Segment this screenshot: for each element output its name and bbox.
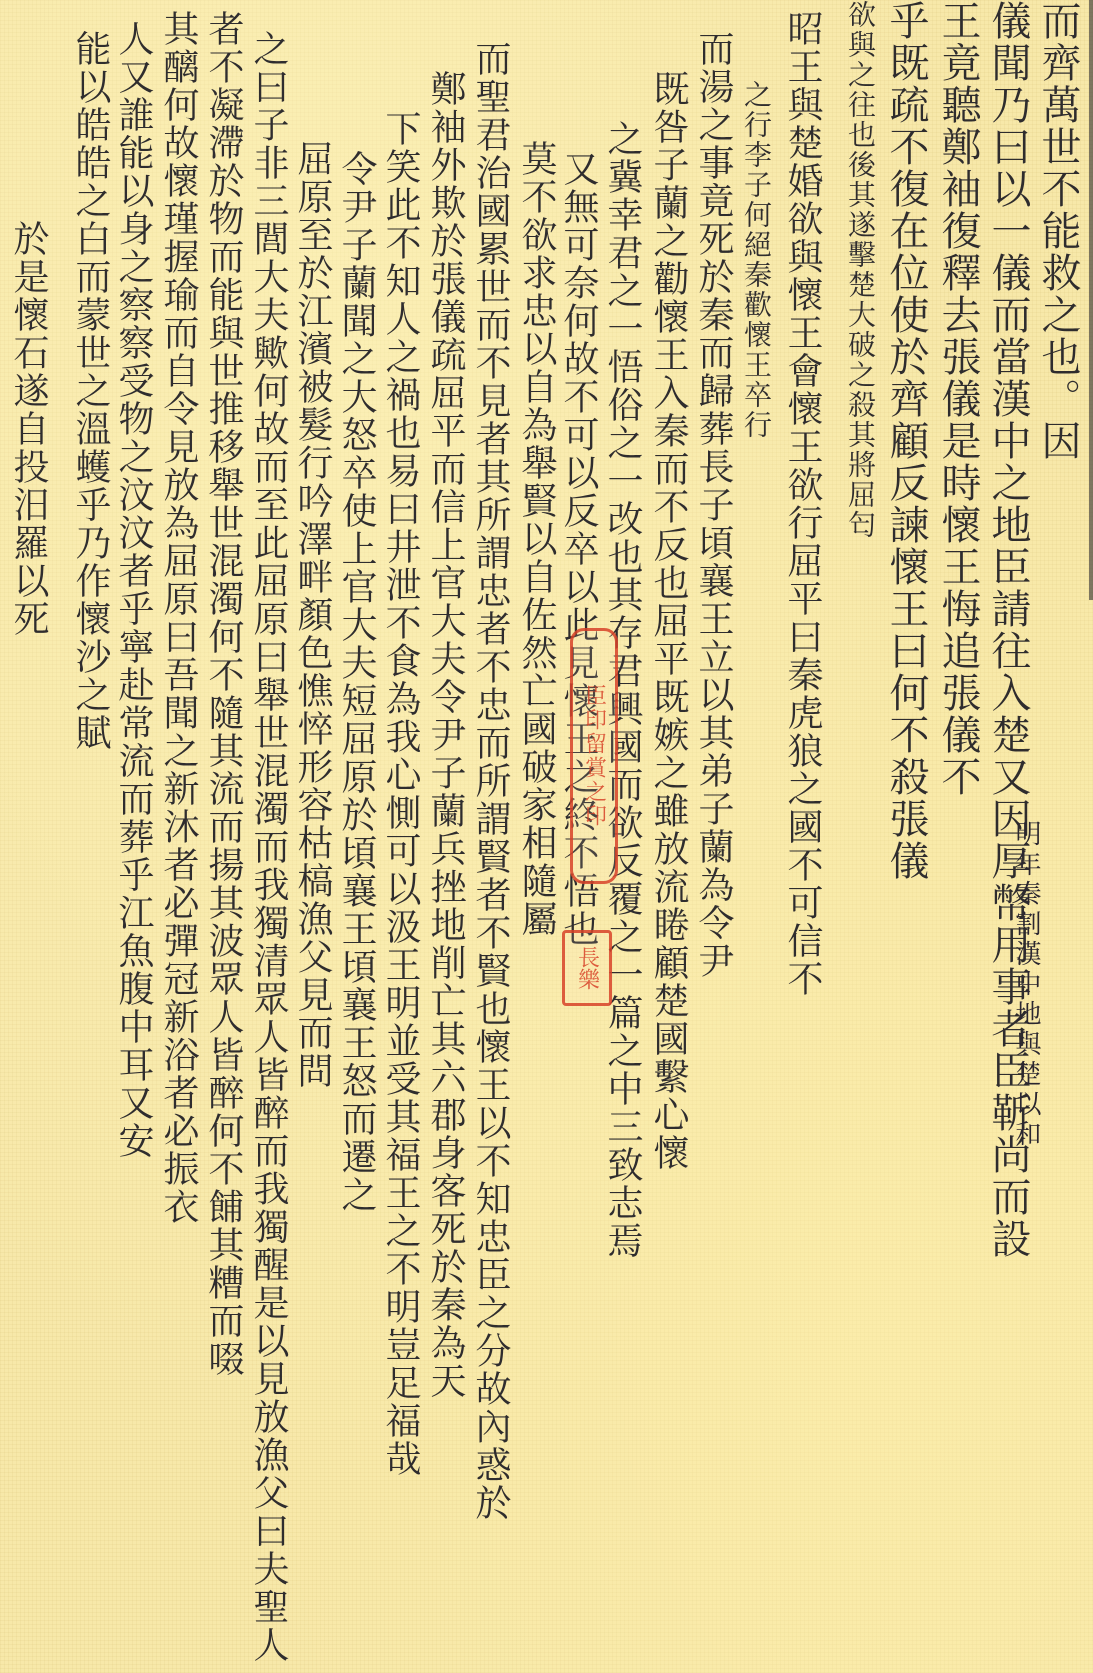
text-column: 下笑此不知人之禍也易曰井泄不食為我心惻可以汲王明並受其福王之不明豈足福哉 [382, 110, 418, 1478]
text-column: 欲與之往也後其遂擊楚大破之殺其將屈匄 [846, 0, 874, 540]
text-column: 於是懷石遂自投汨羅以死 [10, 220, 46, 638]
text-column: 而聖君治國累世而不見者其所謂忠者不忠而所謂賢者不賢也懷王以不知忠臣之分故內惑於 [472, 40, 508, 1522]
text-column: 乎既疏不復在位使於齊顧反諫懷王曰何不殺張儀 [886, 0, 926, 882]
text-column: 之曰子非三閭大夫歟何故而至此屈原曰舉世混濁而我獨清眾人皆醉而我獨醒是以見放漁父曰… [250, 30, 286, 1664]
annotation-note: 明年秦割漢中地與楚以和 [1008, 820, 1045, 1150]
text-column: 者不凝滯於物而能與世推移舉世混濁何不隨其流而揚其波眾人皆醉何不餔其糟而啜 [205, 10, 241, 1378]
text-column: 令尹子蘭聞之大怒卒使上官大夫短屈原於頃襄王頃襄王怒而遷之 [338, 150, 374, 1214]
calligraphy-paper: 而齊萬世不能救之也。因 儀聞乃曰以一儀而當漢中之地臣請往入楚又因厚幣用事者臣靳尚… [0, 0, 1093, 1673]
text-column: 昭王與楚婚欲與懷王會懷王欲行屈平曰秦虎狼之國不可信不 [784, 10, 820, 998]
text-column: 王竟聽鄭袖復釋去張儀是時懷王悔追張儀不 [938, 0, 978, 798]
text-column: 鄭袖外欺於張儀疏屈平而信上官大夫令尹子蘭兵挫地削亡其六郡身客死於秦為天 [427, 70, 463, 1400]
text-column: 既咎子蘭之勸懷王入秦而不反也屈平既嫉之雖放流睠顧楚國繫心懷 [650, 70, 686, 1172]
scroll-edge [1089, 0, 1093, 600]
seal-square: 長樂 [562, 930, 612, 1006]
text-column: 人又誰能以身之察察受物之汶汶者乎寧赴常流而葬乎江魚腹中耳又安 [115, 20, 151, 1160]
text-column: 之行李子何絕秦歡懷王卒行 [742, 80, 770, 440]
text-column: 莫不欲求忠以自為舉賢以自佐然亡國破家相隨屬 [518, 140, 554, 938]
seal-rectangular: 臣印留賞之印 [570, 628, 618, 884]
text-column: 屈原至於江濱被髮行吟澤畔顏色憔悴形容枯槁漁父見而問 [294, 140, 330, 1090]
text-column: 而湯之事竟死於秦而歸葬長子頃襄王立以其弟子蘭為令尹 [695, 30, 731, 980]
text-column: 而齊萬世不能救之也。因 [1038, 0, 1078, 462]
text-column: 其醨何故懷瑾握瑜而自令見放為屈原曰吾聞之新沐者必彈冠新浴者必振衣 [160, 10, 196, 1226]
text-column: 能以皓皓之白而蒙世之溫蠖乎乃作懷沙之賦 [72, 30, 108, 752]
